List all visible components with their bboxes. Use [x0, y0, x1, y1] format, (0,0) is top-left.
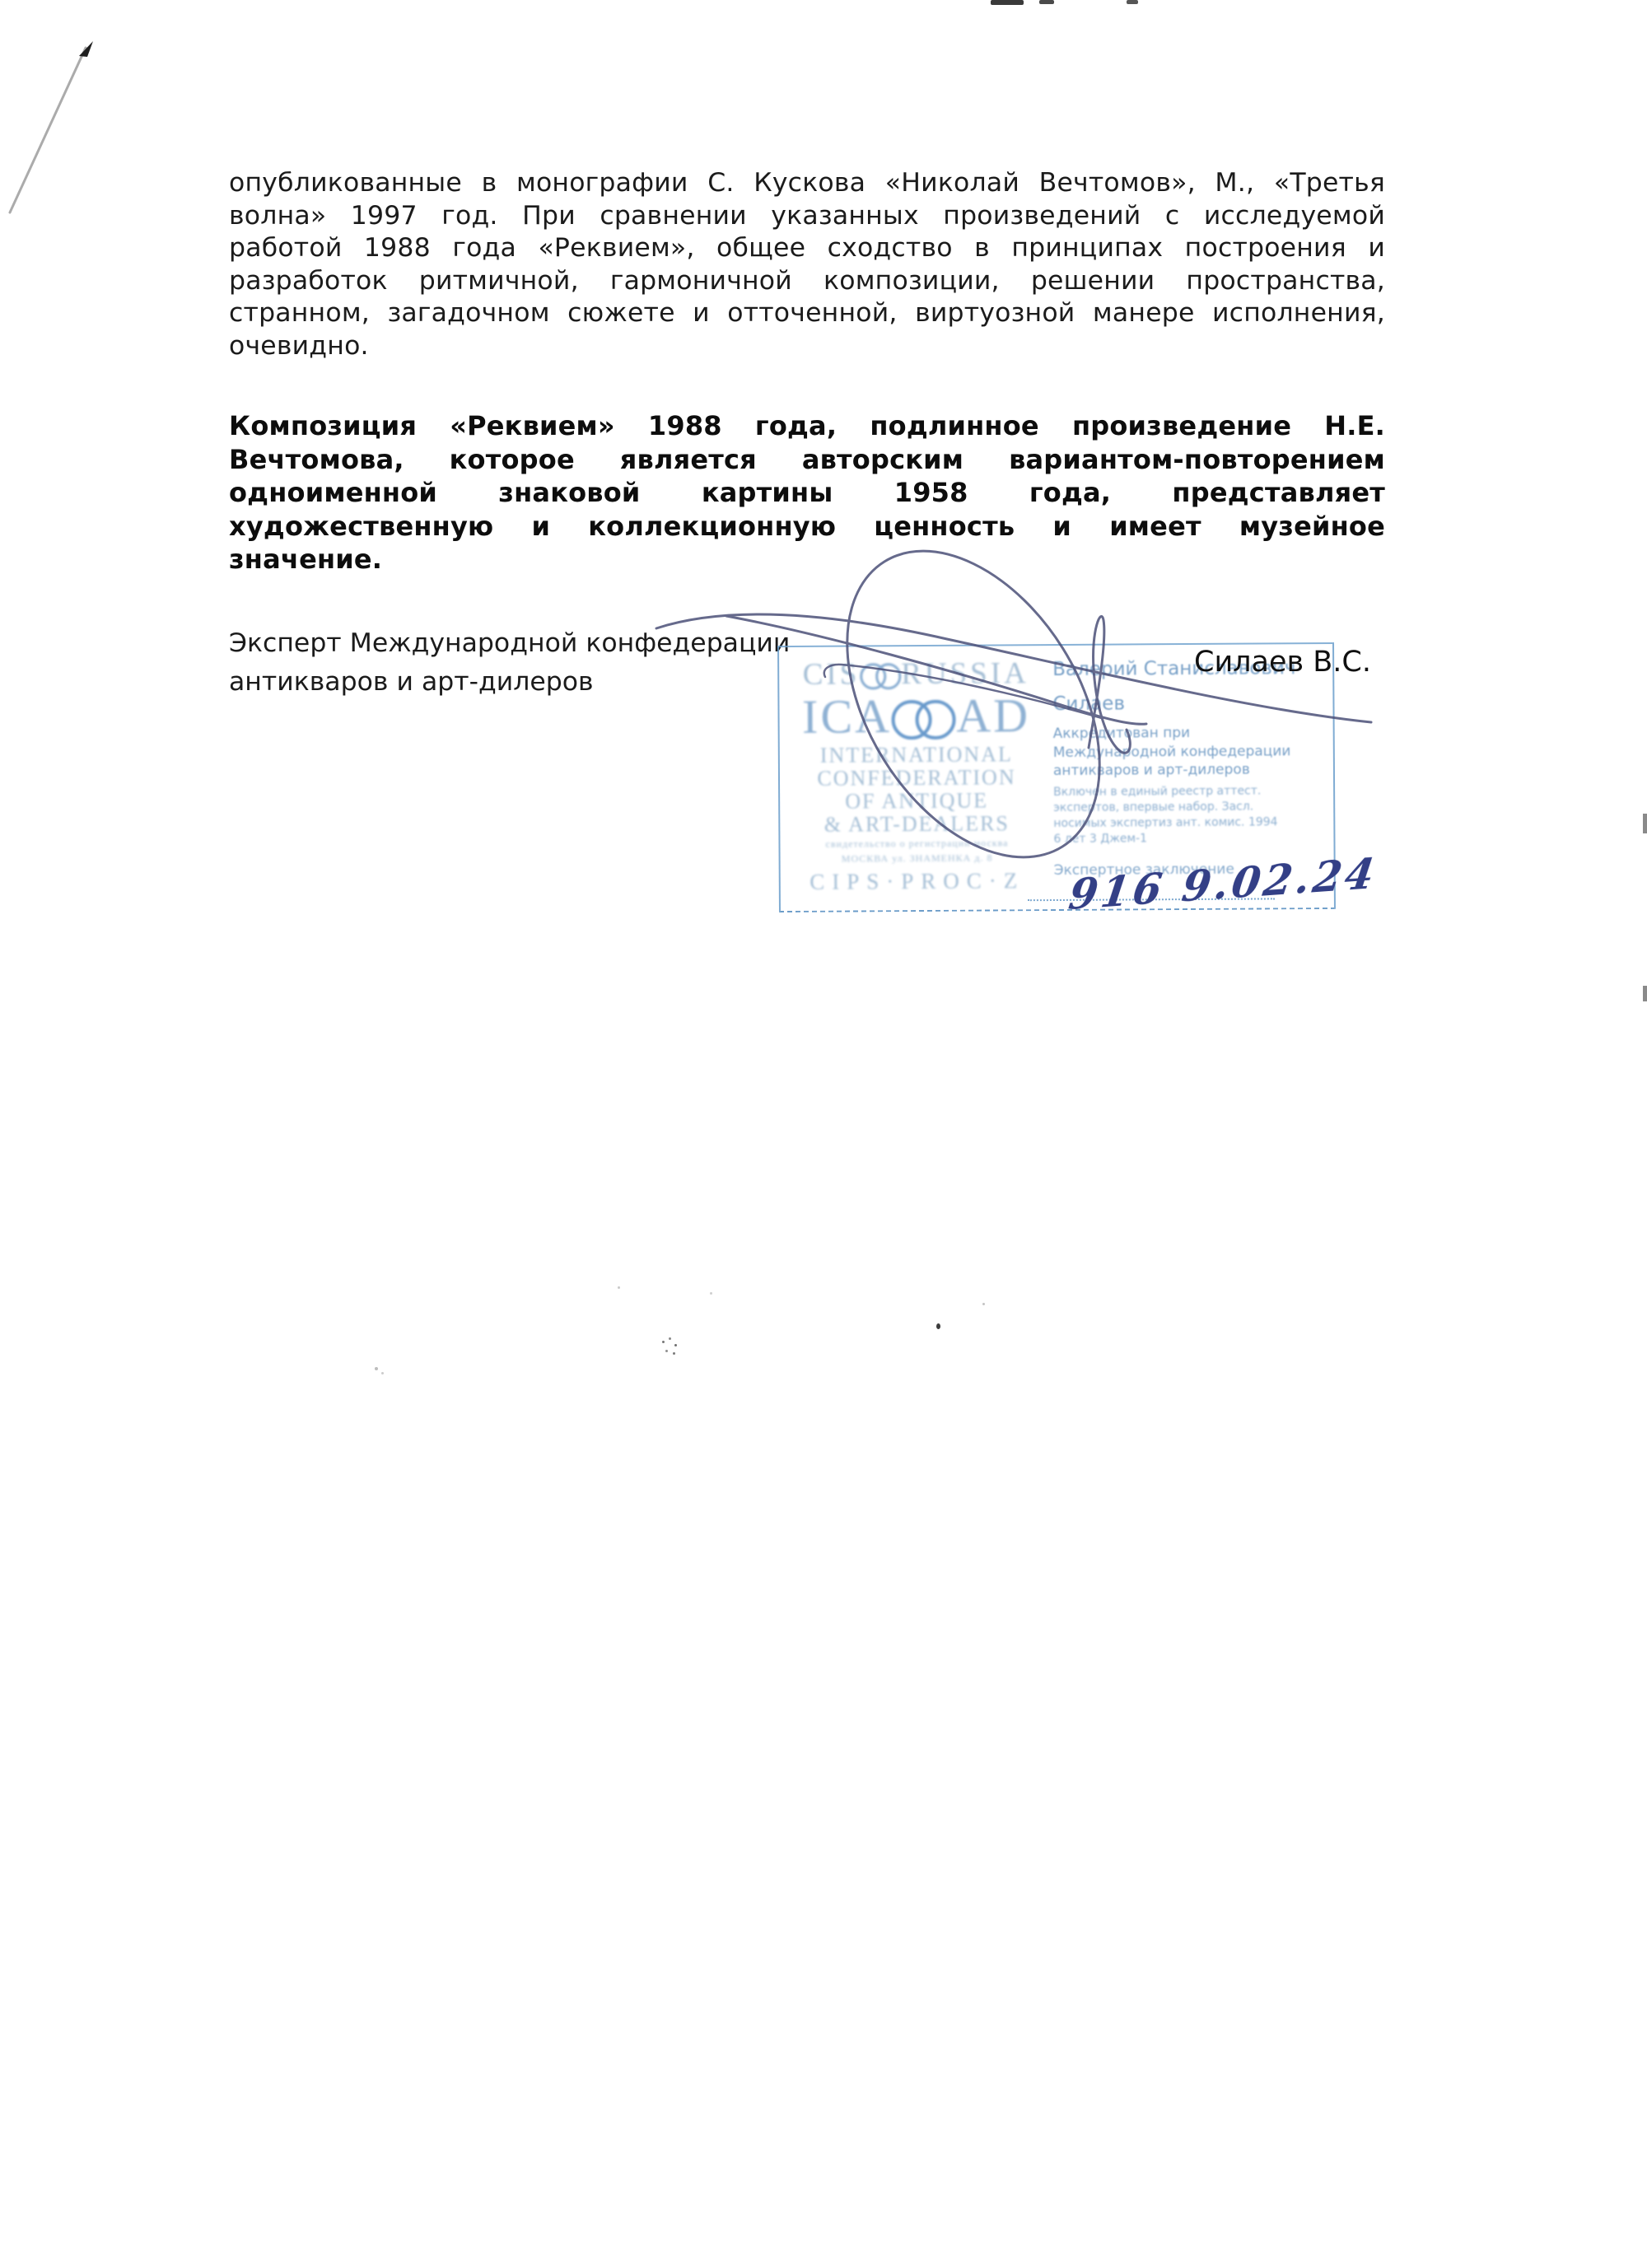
- stamp-illegible-details: Включен в единый реестр аттест.экспертов…: [1053, 783, 1278, 847]
- stamp-accreditation: Аккредитован приМеждународной конфедерац…: [1053, 723, 1291, 780]
- scan-artifact-top-mark: [1039, 0, 1054, 4]
- body-paragraph: опубликованные в монографии С. Кускова «…: [229, 167, 1385, 363]
- scan-artifact-top-mark: [1127, 0, 1138, 4]
- scan-speck: [673, 1352, 675, 1355]
- text-line: художественную и коллекционную ценность …: [229, 510, 1385, 544]
- text-line: разработок ритмичной, гармоничной композ…: [229, 265, 1385, 298]
- stamp-org-line1: CISRUSSIA: [797, 656, 1034, 693]
- scan-speck: [381, 1372, 384, 1374]
- scan-speck: [710, 1292, 712, 1295]
- text-line: Эксперт Международной конфедерации: [229, 624, 805, 663]
- scan-artifact-dark-tip: [79, 41, 93, 57]
- text-line: очевидно.: [229, 330, 1385, 363]
- stamp-illegible-lines: свидетельство о регистрации москваМОСКВА…: [798, 835, 1035, 866]
- text-line: 6 лет 3 Джем-1: [1053, 830, 1277, 847]
- scan-speck: [662, 1341, 665, 1343]
- text-line: Аккредитован при: [1053, 723, 1291, 743]
- text-line: Включен в единый реестр аттест.: [1053, 783, 1277, 800]
- text-line: экспертов, впервые набор. Засл.: [1053, 799, 1277, 816]
- text-line: Композиция «Реквием» 1988 года, подлинно…: [229, 409, 1385, 443]
- scan-speck: [618, 1286, 620, 1289]
- interlocked-rings-icon: [860, 663, 901, 686]
- signatory-name: Силаев В.С.: [1194, 646, 1371, 679]
- scan-artifact-diagonal-line: [10, 48, 86, 212]
- text-line: волна» 1997 год. При сравнении указанных…: [229, 200, 1385, 233]
- stamp-org-bottom-line: CIPS·PROC·Z: [799, 868, 1036, 895]
- text-line: носимых экспертиз ант. комис. 1994: [1053, 814, 1277, 832]
- stamp-org-line2: ICAAD: [797, 688, 1034, 744]
- text-line: опубликованные в монографии С. Кускова «…: [229, 167, 1385, 200]
- scan-artifact-edge-dash: [1643, 986, 1647, 1001]
- text-line: INTERNATIONAL: [798, 743, 1035, 768]
- text-line: CONFEDERATION: [798, 766, 1035, 791]
- text-line: работой 1988 года «Реквием», общее сходс…: [229, 232, 1385, 265]
- stamp-org-caps: INTERNATIONALCONFEDERATIONOF ANTIQUE& AR…: [798, 743, 1036, 837]
- text-line: антикваров и арт-дилеров: [229, 663, 805, 702]
- text-line: свидетельство о регистрации москва: [798, 835, 1035, 852]
- scan-speck: [674, 1344, 677, 1346]
- text-line: антикваров и арт-дилеров: [1053, 760, 1291, 780]
- scan-artifact-edge-dash: [1643, 814, 1647, 833]
- text-line: & ART-DEALERS: [798, 812, 1035, 837]
- scan-speck: [669, 1337, 671, 1340]
- text-line: странном, загадочном сюжете и отточенной…: [229, 297, 1385, 330]
- stamp-holder-last-name: Силаев: [1052, 693, 1125, 715]
- scan-speck: [936, 1323, 940, 1329]
- text-line: OF ANTIQUE: [798, 789, 1035, 814]
- scan-artifact-top-mark: [991, 0, 1024, 5]
- text-line: Вечтомова, которое является авторским ва…: [229, 443, 1385, 477]
- scan-speck: [982, 1303, 985, 1305]
- scan-speck: [665, 1350, 668, 1352]
- scanned-document-page: опубликованные в монографии С. Кускова «…: [0, 0, 1647, 2268]
- text-line: МОСКВА ул. ЗНАМЕНКА д. 8: [799, 850, 1036, 866]
- expert-title: Эксперт Международной конфедерацииантикв…: [229, 624, 805, 702]
- text-line: одноименной знаковой картины 1958 года, …: [229, 476, 1385, 510]
- interlocked-rings-icon: [892, 699, 957, 735]
- text-line: значение.: [229, 543, 1385, 576]
- conclusion-paragraph: Композиция «Реквием» 1988 года, подлинно…: [229, 409, 1385, 576]
- scan-speck: [375, 1367, 378, 1370]
- stamp-org-block: CISRUSSIA ICAAD INTERNATIONALCONFEDERATI…: [797, 656, 1036, 895]
- text-line: Международной конфедерации: [1053, 742, 1291, 762]
